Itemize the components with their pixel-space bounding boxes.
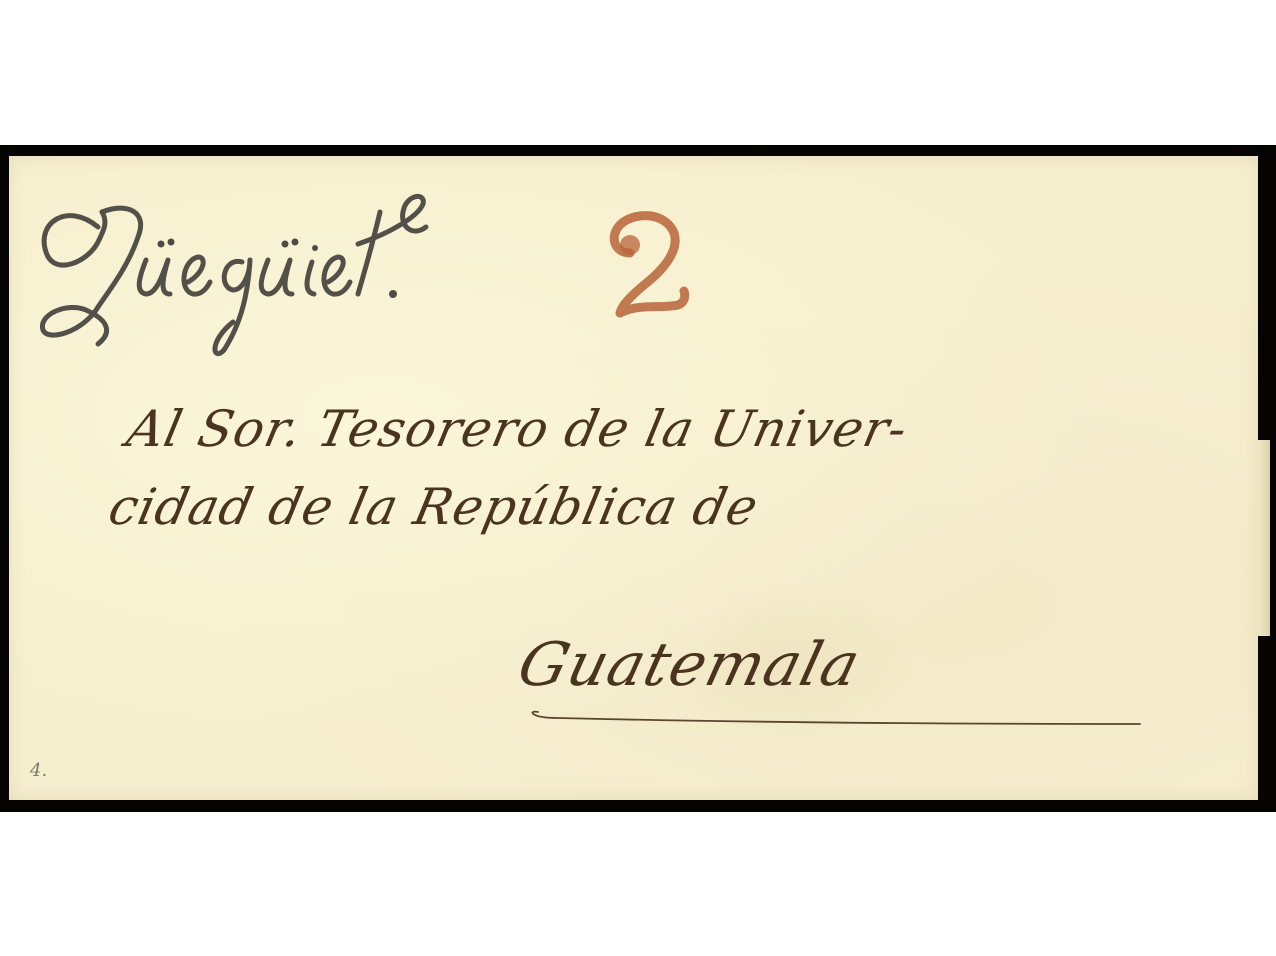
town-postmark-glyphs bbox=[28, 182, 438, 362]
address-line-1: Al Sor. Tesorero de la Univer- bbox=[122, 400, 913, 458]
address-line-3: Guatemala bbox=[511, 630, 867, 700]
rate-mark-glyph bbox=[600, 205, 695, 320]
town-postmark: Güegüet. bbox=[28, 182, 438, 362]
address-line-2: cidad de la República de bbox=[104, 478, 764, 536]
pencil-note: 4. bbox=[30, 760, 47, 781]
rate-mark: 2 bbox=[600, 205, 695, 320]
fold-edge bbox=[1258, 440, 1270, 636]
address-underline bbox=[528, 706, 1148, 728]
